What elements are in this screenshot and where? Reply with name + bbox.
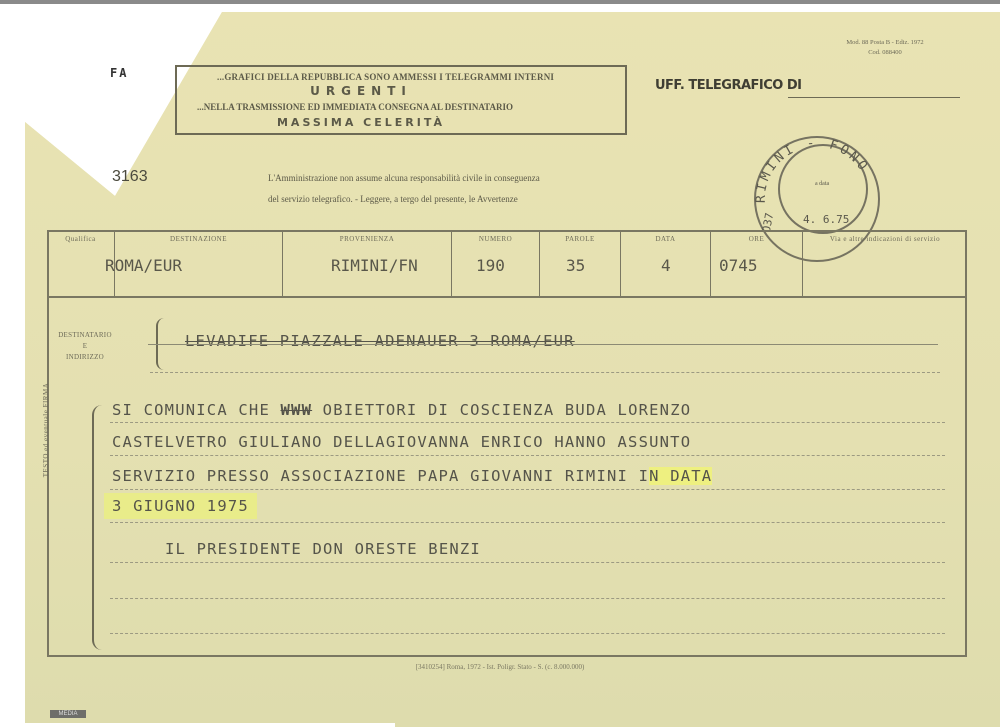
body-rule-5 [110,562,945,563]
stamp-date: 4. 6.75 [803,213,849,226]
body-line-3-highlight: N DATA [649,467,712,485]
body-line-1: SI COMUNICA CHE WWW OBIETTORI DI COSCIEN… [112,401,691,419]
cell-numero: NUMERO 190 [452,230,540,296]
header-line-3: ...NELLA TRASMISSIONE ED IMMEDIATA CONSE… [187,102,619,112]
recipient-label-line-1: DESTINATARIO [55,330,115,341]
urgent-header-box: ...GRAFICI DELLA REPUBBLICA SONO AMMESSI… [175,65,627,135]
form-number: 3163 [112,168,148,186]
urgent-label: URGENTI [177,84,545,98]
office-label: UFF. TELEGRAFICO DI [655,78,802,93]
stamp-inner: a data [815,181,829,187]
cell-label: NUMERO [452,235,539,244]
cell-label: PAROLE [540,235,620,244]
cell-ore: ORE 0745 [711,230,803,296]
body-signature: IL PRESIDENTE DON ORESTE BENZI [165,540,481,558]
recipient-label-line-2: E [55,341,115,352]
body-line-3-pre: SERVIZIO PRESSO ASSOCIAZIONE PAPA GIOVAN… [112,467,649,485]
body-brace [92,405,102,650]
cell-value: 35 [566,256,585,275]
cell-value: 0745 [719,256,758,275]
cell-data: DATA 4 [621,230,711,296]
body-rule-1 [110,422,945,423]
cell-value: 4 [661,256,671,275]
priority-label: MASSIMA CELERITÀ [177,116,545,129]
image-top-border [0,0,1000,4]
body-rule-7 [110,633,945,634]
body-line-2: CASTELVETRO GIULIANO DELLAGIOVANNA ENRIC… [112,433,691,451]
body-line-4-highlight: 3 GIUGNO 1975 [104,493,257,519]
corner-mark: FA [110,66,128,80]
body-side-label: TESTO ed eventuale FIRMA [42,300,56,560]
svg-text:RIMINI - FONO: RIMINI - FONO [754,136,872,204]
header-table: Qualifica DESTINAZIONE ROMA/EUR PROVENIE… [47,230,967,298]
office-fill-line [788,97,960,98]
cell-label: Via e altre indicazioni di servizio [817,235,953,244]
model-reference-line-2: Cod. 088400 [800,48,970,58]
cell-label: DESTINAZIONE [115,235,282,244]
cell-value: ROMA/EUR [105,256,182,275]
model-reference-line-1: Mod. 88 Posta B - Ediz. 1972 [800,38,970,48]
header-line-1: ...GRAFICI DELLA REPUBBLICA SONO AMMESSI… [187,72,619,82]
cell-label: PROVENIENZA [283,235,451,244]
corner-tag: MEDIA [50,710,86,718]
cell-label: ORE [711,235,802,244]
body-line-1-pre: SI COMUNICA CHE [112,401,281,419]
cell-label: DATA [621,235,710,244]
body-line-4: 3 GIUGNO 1975 [112,497,257,515]
cell-parole: PAROLE 35 [540,230,621,296]
cell-value: 190 [476,256,505,275]
body-line-1-post: OBIETTORI DI COSCIENZA BUDA LORENZO [312,401,691,419]
recipient-fill-line [150,372,940,373]
disclaimer-line-2: del servizio telegrafico. - Leggere, a t… [268,189,540,210]
body-rule-2 [110,455,945,456]
recipient-label: DESTINATARIO E INDIRIZZO [55,330,115,363]
model-reference: Mod. 88 Posta B - Ediz. 1972 Cod. 088400 [800,38,970,58]
body-rule-6 [110,598,945,599]
stamp-text: RIMINI - FONO [754,136,872,204]
cell-provenienza: PROVENIENZA RIMINI/FN [283,230,452,296]
recipient-strike-rule [148,344,938,345]
printer-imprint: [3410254] Roma, 1972 - Ist. Poligr. Stat… [330,663,670,671]
body-rule-3 [110,489,945,490]
recipient-label-line-3: INDIRIZZO [55,352,115,363]
disclaimer-line-1: L'Amministrazione non assume alcuna resp… [268,168,540,189]
cell-service-notes: Via e altre indicazioni di servizio [803,230,967,296]
body-rule-4 [110,522,945,523]
body-line-1-struck: WWW [281,401,313,419]
recipient-address: LEVADIFE PIAZZALE ADENAUER 3 ROMA/EUR [185,332,575,350]
disclaimer: L'Amministrazione non assume alcuna resp… [268,168,540,210]
body-line-3: SERVIZIO PRESSO ASSOCIAZIONE PAPA GIOVAN… [112,467,712,485]
cell-destinazione: DESTINAZIONE ROMA/EUR [115,230,283,296]
cell-label: Qualifica [47,235,114,244]
cell-value: RIMINI/FN [331,256,418,275]
recipient-address-text: LEVADIFE PIAZZALE ADENAUER 3 ROMA/EUR [185,332,575,350]
